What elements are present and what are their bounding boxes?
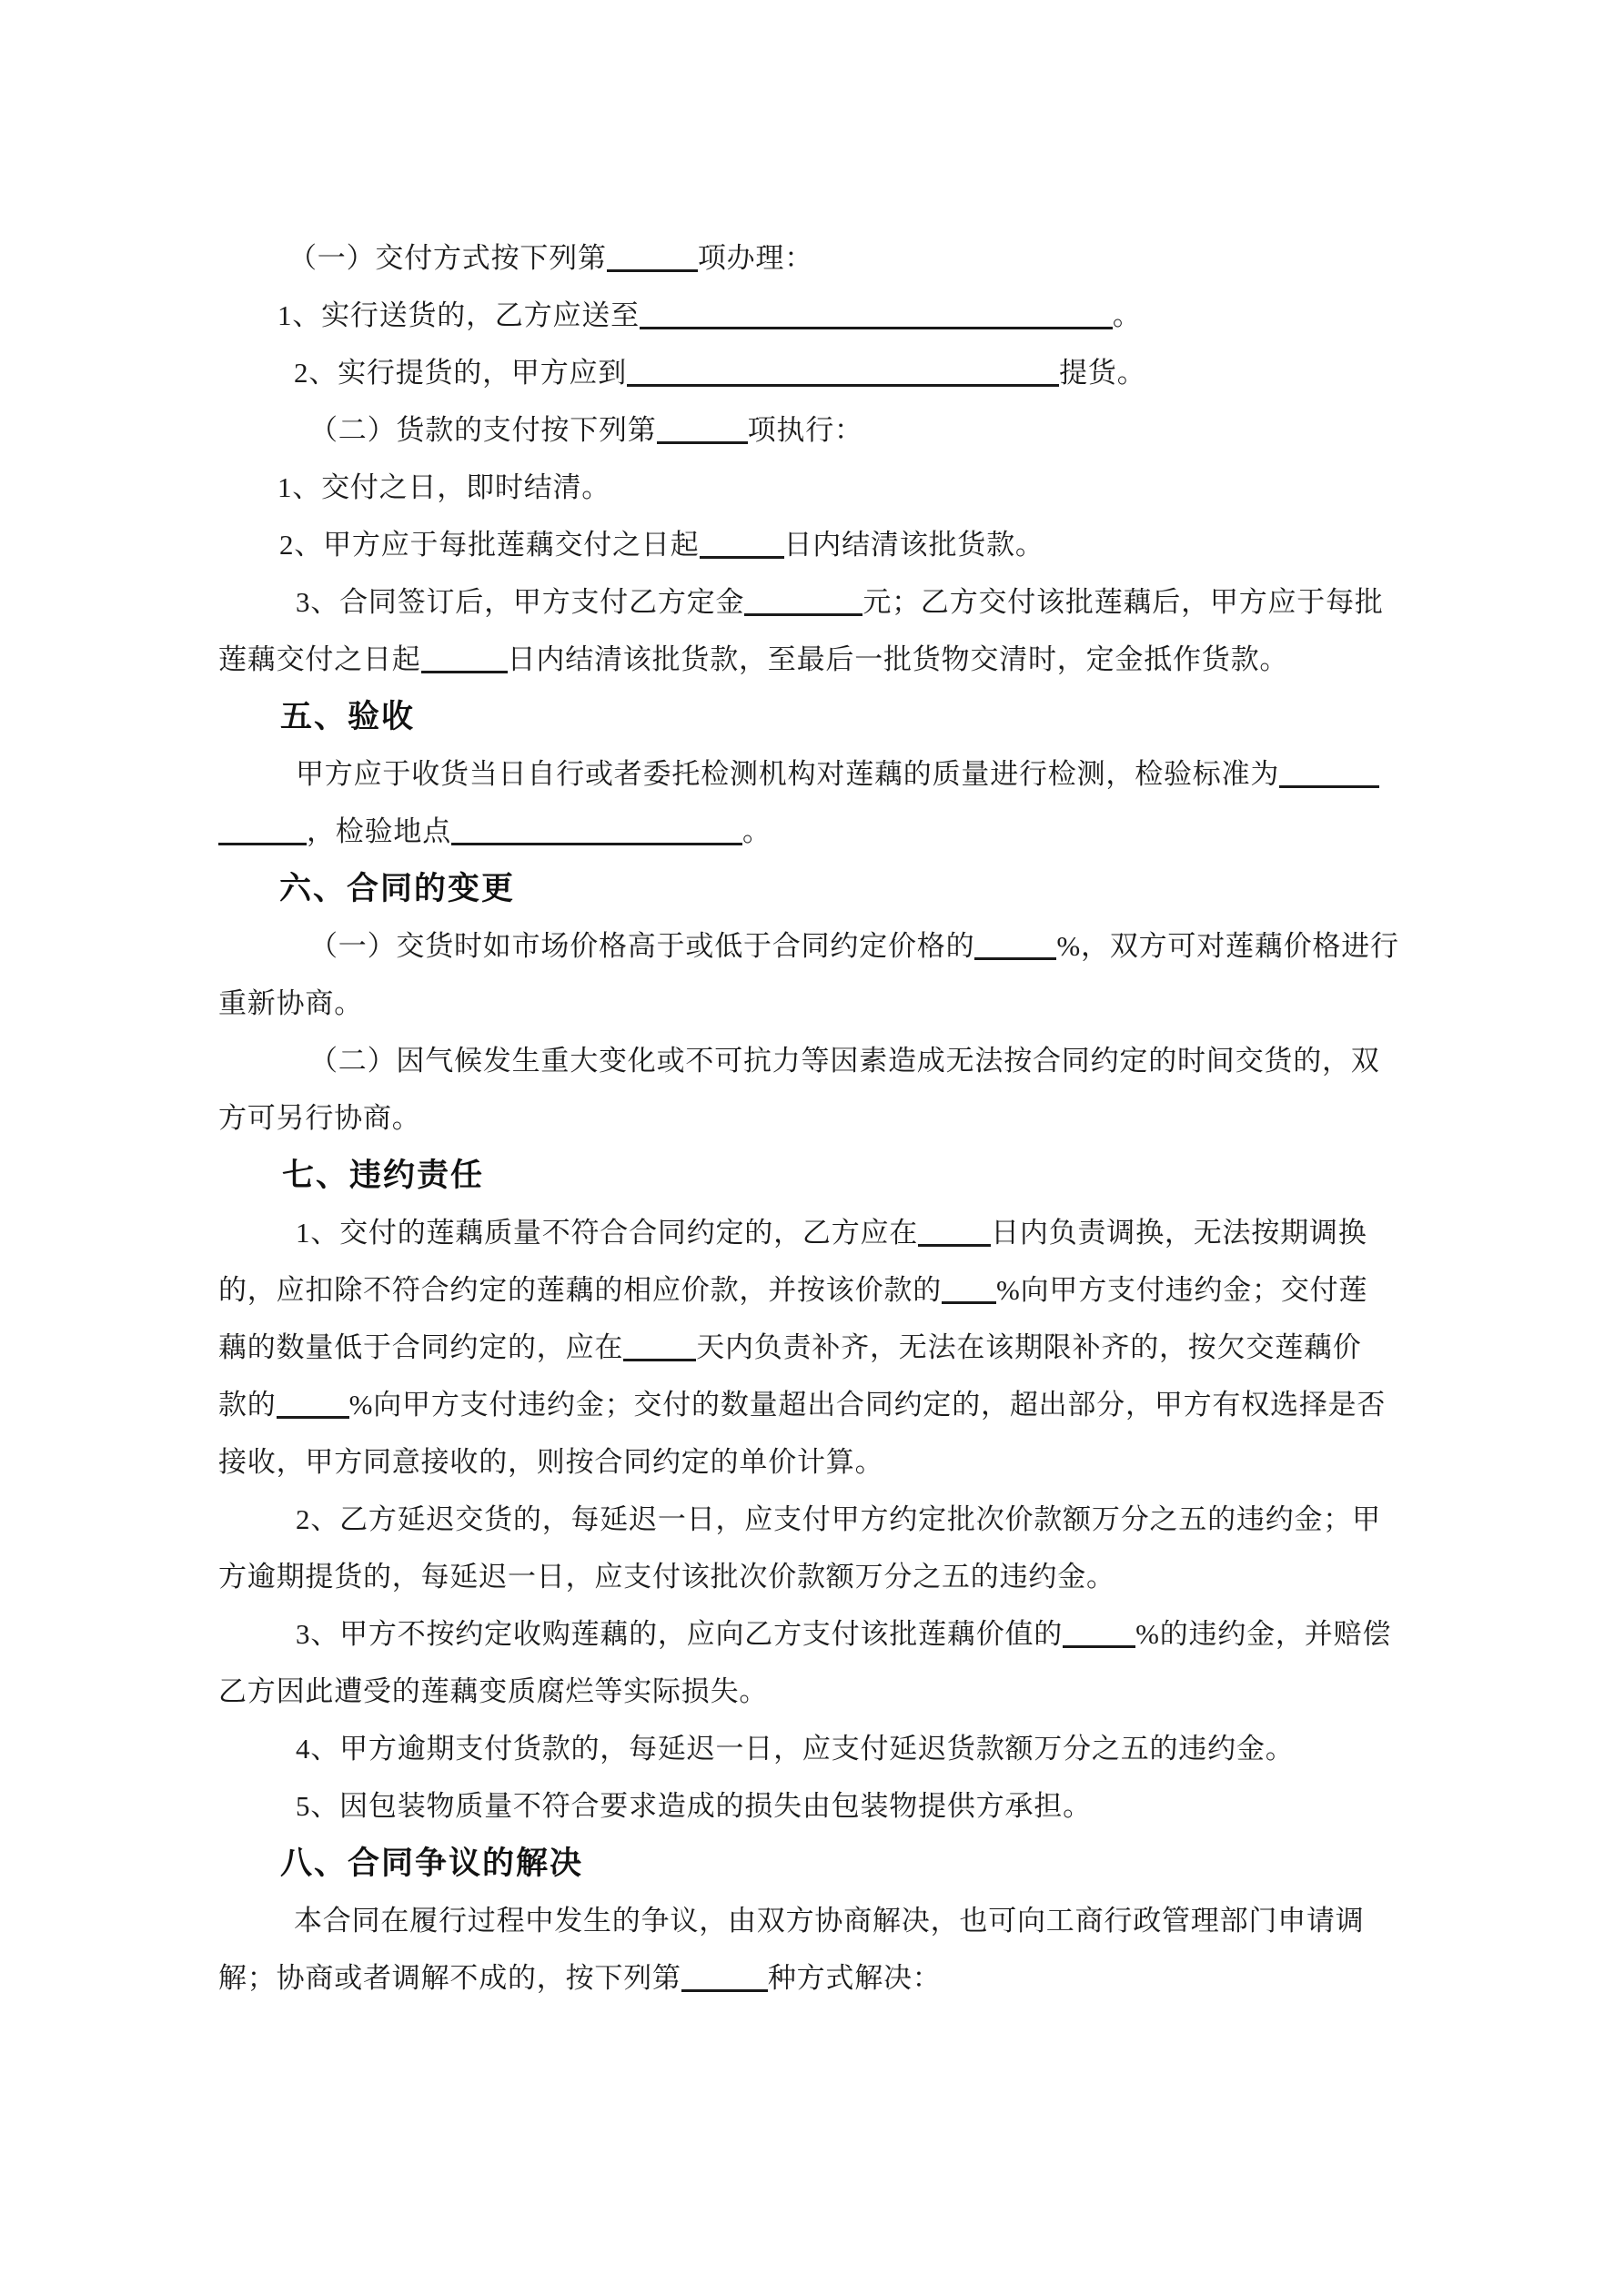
contract-line: （二）因气候发生重大变化或不可抗力等因素造成无法按合同约定的时间交货的，双 bbox=[218, 1032, 1407, 1089]
blank-field bbox=[942, 1301, 996, 1304]
text-run: 解；协商或者调解不成的，按下列第 bbox=[218, 1962, 681, 1994]
text-run: 款的 bbox=[218, 1389, 277, 1421]
section-heading: 六、合同的变更 bbox=[218, 860, 1407, 917]
text-run: 项办理： bbox=[698, 242, 813, 274]
text-run: 莲藕交付之日起 bbox=[218, 643, 421, 675]
contract-line: 款的%向甲方支付违约金；交付的数量超出合同约定的，超出部分，甲方有权选择是否 bbox=[218, 1376, 1407, 1433]
text-run: （一）交付方式按下列第 bbox=[288, 242, 607, 274]
section-heading: 八、合同争议的解决 bbox=[218, 1835, 1407, 1892]
contract-line: 的，应扣除不符合约定的莲藕的相应价款，并按该价款的%向甲方支付违约金；交付莲 bbox=[218, 1261, 1407, 1319]
contract-line: 解；协商或者调解不成的，按下列第种方式解决： bbox=[218, 1949, 1407, 2007]
contract-line: 2、甲方应于每批莲藕交付之日起日内结清该批货款。 bbox=[218, 516, 1407, 573]
blank-field bbox=[451, 843, 742, 845]
contract-line: 4、甲方逾期支付货款的，每延迟一日，应支付延迟货款额万分之五的违约金。 bbox=[218, 1720, 1407, 1777]
text-run: ，检验地点 bbox=[307, 815, 451, 847]
contract-line: 莲藕交付之日起日内结清该批货款，至最后一批货物交清时，定金抵作货款。 bbox=[218, 631, 1407, 688]
contract-line: 藕的数量低于合同约定的，应在天内负责补齐，无法在该期限补齐的，按欠交莲藕价 bbox=[218, 1319, 1407, 1376]
blank-field bbox=[640, 327, 1113, 329]
contract-line: 5、因包装物质量不符合要求造成的损失由包装物提供方承担。 bbox=[218, 1777, 1407, 1835]
contract-line: 1、交付之日，即时结清。 bbox=[218, 459, 1407, 516]
text-run: 方逾期提货的，每延迟一日，应支付该批次价款额万分之五的违约金。 bbox=[218, 1561, 1115, 1593]
contract-line: 2、实行提货的，甲方应到提货。 bbox=[218, 344, 1407, 401]
contract-line: 3、合同签订后，甲方支付乙方定金元；乙方交付该批莲藕后，甲方应于每批 bbox=[218, 573, 1407, 631]
text-run: 六、合同的变更 bbox=[279, 871, 515, 906]
section-heading: 五、验收 bbox=[218, 688, 1407, 745]
blank-field bbox=[1063, 1645, 1135, 1648]
contract-line: 甲方应于收货当日自行或者委托检测机构对莲藕的质量进行检测，检验标准为 bbox=[218, 745, 1407, 803]
contract-line: 方可另行协商。 bbox=[218, 1089, 1407, 1147]
contract-line: （二）货款的支付按下列第项执行： bbox=[218, 401, 1407, 459]
contract-line: 1、实行送货的，乙方应送至。 bbox=[218, 287, 1407, 344]
blank-field bbox=[421, 671, 508, 673]
blank-field bbox=[681, 1989, 768, 1992]
text-run: 接收，甲方同意接收的，则按合同约定的单价计算。 bbox=[218, 1446, 883, 1478]
contract-page: （一）交付方式按下列第项办理：1、实行送货的，乙方应送至。2、实行提货的，甲方应… bbox=[0, 0, 1624, 2296]
text-run: 。 bbox=[1113, 299, 1142, 331]
contract-line: 方逾期提货的，每延迟一日，应支付该批次价款额万分之五的违约金。 bbox=[218, 1548, 1407, 1605]
document-content: （一）交付方式按下列第项办理：1、实行送货的，乙方应送至。2、实行提货的，甲方应… bbox=[218, 229, 1407, 2007]
text-run: 1、交付之日，即时结清。 bbox=[277, 471, 610, 503]
text-run: 八、合同争议的解决 bbox=[280, 1846, 583, 1881]
contract-line: ，检验地点。 bbox=[218, 803, 1407, 860]
blank-field bbox=[627, 384, 1059, 387]
contract-line: 接收，甲方同意接收的，则按合同约定的单价计算。 bbox=[218, 1433, 1407, 1491]
contract-line: 2、乙方延迟交货的，每延迟一日，应支付甲方约定批次价款额万分之五的违约金；甲 bbox=[218, 1491, 1407, 1548]
contract-line: （一）交货时如市场价格高于或低于合同约定价格的%，双方可对莲藕价格进行 bbox=[218, 917, 1407, 975]
text-run: %，双方可对莲藕价格进行 bbox=[1056, 930, 1398, 962]
blank-field bbox=[218, 843, 307, 845]
text-run: 提货。 bbox=[1059, 357, 1145, 389]
text-run: 1、实行送货的，乙方应送至 bbox=[277, 299, 640, 331]
text-run: 甲方应于收货当日自行或者委托检测机构对莲藕的质量进行检测，检验标准为 bbox=[296, 758, 1279, 790]
blank-field bbox=[623, 1359, 696, 1361]
text-run: 乙方因此遭受的莲藕变质腐烂等实际损失。 bbox=[218, 1675, 768, 1707]
text-run: 2、甲方应于每批莲藕交付之日起 bbox=[279, 529, 700, 561]
blank-field bbox=[700, 556, 784, 559]
text-run: 天内负责补齐，无法在该期限补齐的，按欠交莲藕价 bbox=[696, 1331, 1361, 1363]
text-run: 4、甲方逾期支付货款的，每延迟一日，应支付延迟货款额万分之五的违约金。 bbox=[296, 1733, 1295, 1765]
text-run: 日内负责调换，无法按期调换 bbox=[991, 1217, 1367, 1249]
text-run: 1、交付的莲藕质量不符合合同约定的，乙方应在 bbox=[296, 1217, 918, 1249]
text-run: 。 bbox=[742, 815, 772, 847]
text-run: 的，应扣除不符合约定的莲藕的相应价款，并按该价款的 bbox=[218, 1274, 942, 1306]
text-run: （一）交货时如市场价格高于或低于合同约定价格的 bbox=[309, 930, 974, 962]
text-run: （二）货款的支付按下列第 bbox=[309, 414, 657, 446]
text-run: 5、因包装物质量不符合要求造成的损失由包装物提供方承担。 bbox=[296, 1790, 1092, 1822]
text-run: %的违约金，并赔偿 bbox=[1135, 1618, 1391, 1650]
text-run: 本合同在履行过程中发生的争议，由双方协商解决，也可向工商行政管理部门申请调 bbox=[294, 1905, 1365, 1937]
blank-field bbox=[277, 1416, 349, 1419]
text-run: 元；乙方交付该批莲藕后，甲方应于每批 bbox=[862, 586, 1383, 618]
contract-line: （一）交付方式按下列第项办理： bbox=[218, 229, 1407, 287]
contract-line: 本合同在履行过程中发生的争议，由双方协商解决，也可向工商行政管理部门申请调 bbox=[218, 1892, 1407, 1949]
text-run: 五、验收 bbox=[280, 699, 415, 734]
contract-line: 重新协商。 bbox=[218, 975, 1407, 1032]
text-run: 项执行： bbox=[748, 414, 863, 446]
text-run: %向甲方支付违约金；交付莲 bbox=[996, 1274, 1367, 1306]
text-run: 日内结清该批货款，至最后一批货物交清时，定金抵作货款。 bbox=[508, 643, 1289, 675]
contract-line: 1、交付的莲藕质量不符合合同约定的，乙方应在日内负责调换，无法按期调换 bbox=[218, 1204, 1407, 1261]
text-run: %向甲方支付违约金；交付的数量超出合同约定的，超出部分，甲方有权选择是否 bbox=[349, 1389, 1387, 1421]
text-run: 藕的数量低于合同约定的，应在 bbox=[218, 1331, 623, 1363]
blank-field bbox=[657, 441, 748, 444]
text-run: 日内结清该批货款。 bbox=[784, 529, 1044, 561]
text-run: 2、实行提货的，甲方应到 bbox=[294, 357, 627, 389]
text-run: 重新协商。 bbox=[218, 987, 363, 1019]
blank-field bbox=[744, 613, 862, 616]
contract-line: 乙方因此遭受的莲藕变质腐烂等实际损失。 bbox=[218, 1663, 1407, 1720]
text-run: 2、乙方延迟交货的，每延迟一日，应支付甲方约定批次价款额万分之五的违约金；甲 bbox=[296, 1503, 1381, 1535]
text-run: 方可另行协商。 bbox=[218, 1102, 421, 1134]
text-run: 3、甲方不按约定收购莲藕的，应向乙方支付该批莲藕价值的 bbox=[296, 1618, 1063, 1650]
section-heading: 七、违约责任 bbox=[218, 1147, 1407, 1204]
blank-field bbox=[607, 269, 698, 272]
contract-line: 3、甲方不按约定收购莲藕的，应向乙方支付该批莲藕价值的%的违约金，并赔偿 bbox=[218, 1605, 1407, 1663]
blank-field bbox=[1279, 785, 1379, 788]
text-run: （二）因气候发生重大变化或不可抗力等因素造成无法按合同约定的时间交货的，双 bbox=[309, 1045, 1380, 1077]
text-run: 七、违约责任 bbox=[282, 1158, 484, 1193]
text-run: 3、合同签订后，甲方支付乙方定金 bbox=[296, 586, 744, 618]
blank-field bbox=[918, 1244, 991, 1247]
blank-field bbox=[974, 957, 1056, 960]
text-run: 种方式解决： bbox=[768, 1962, 942, 1994]
